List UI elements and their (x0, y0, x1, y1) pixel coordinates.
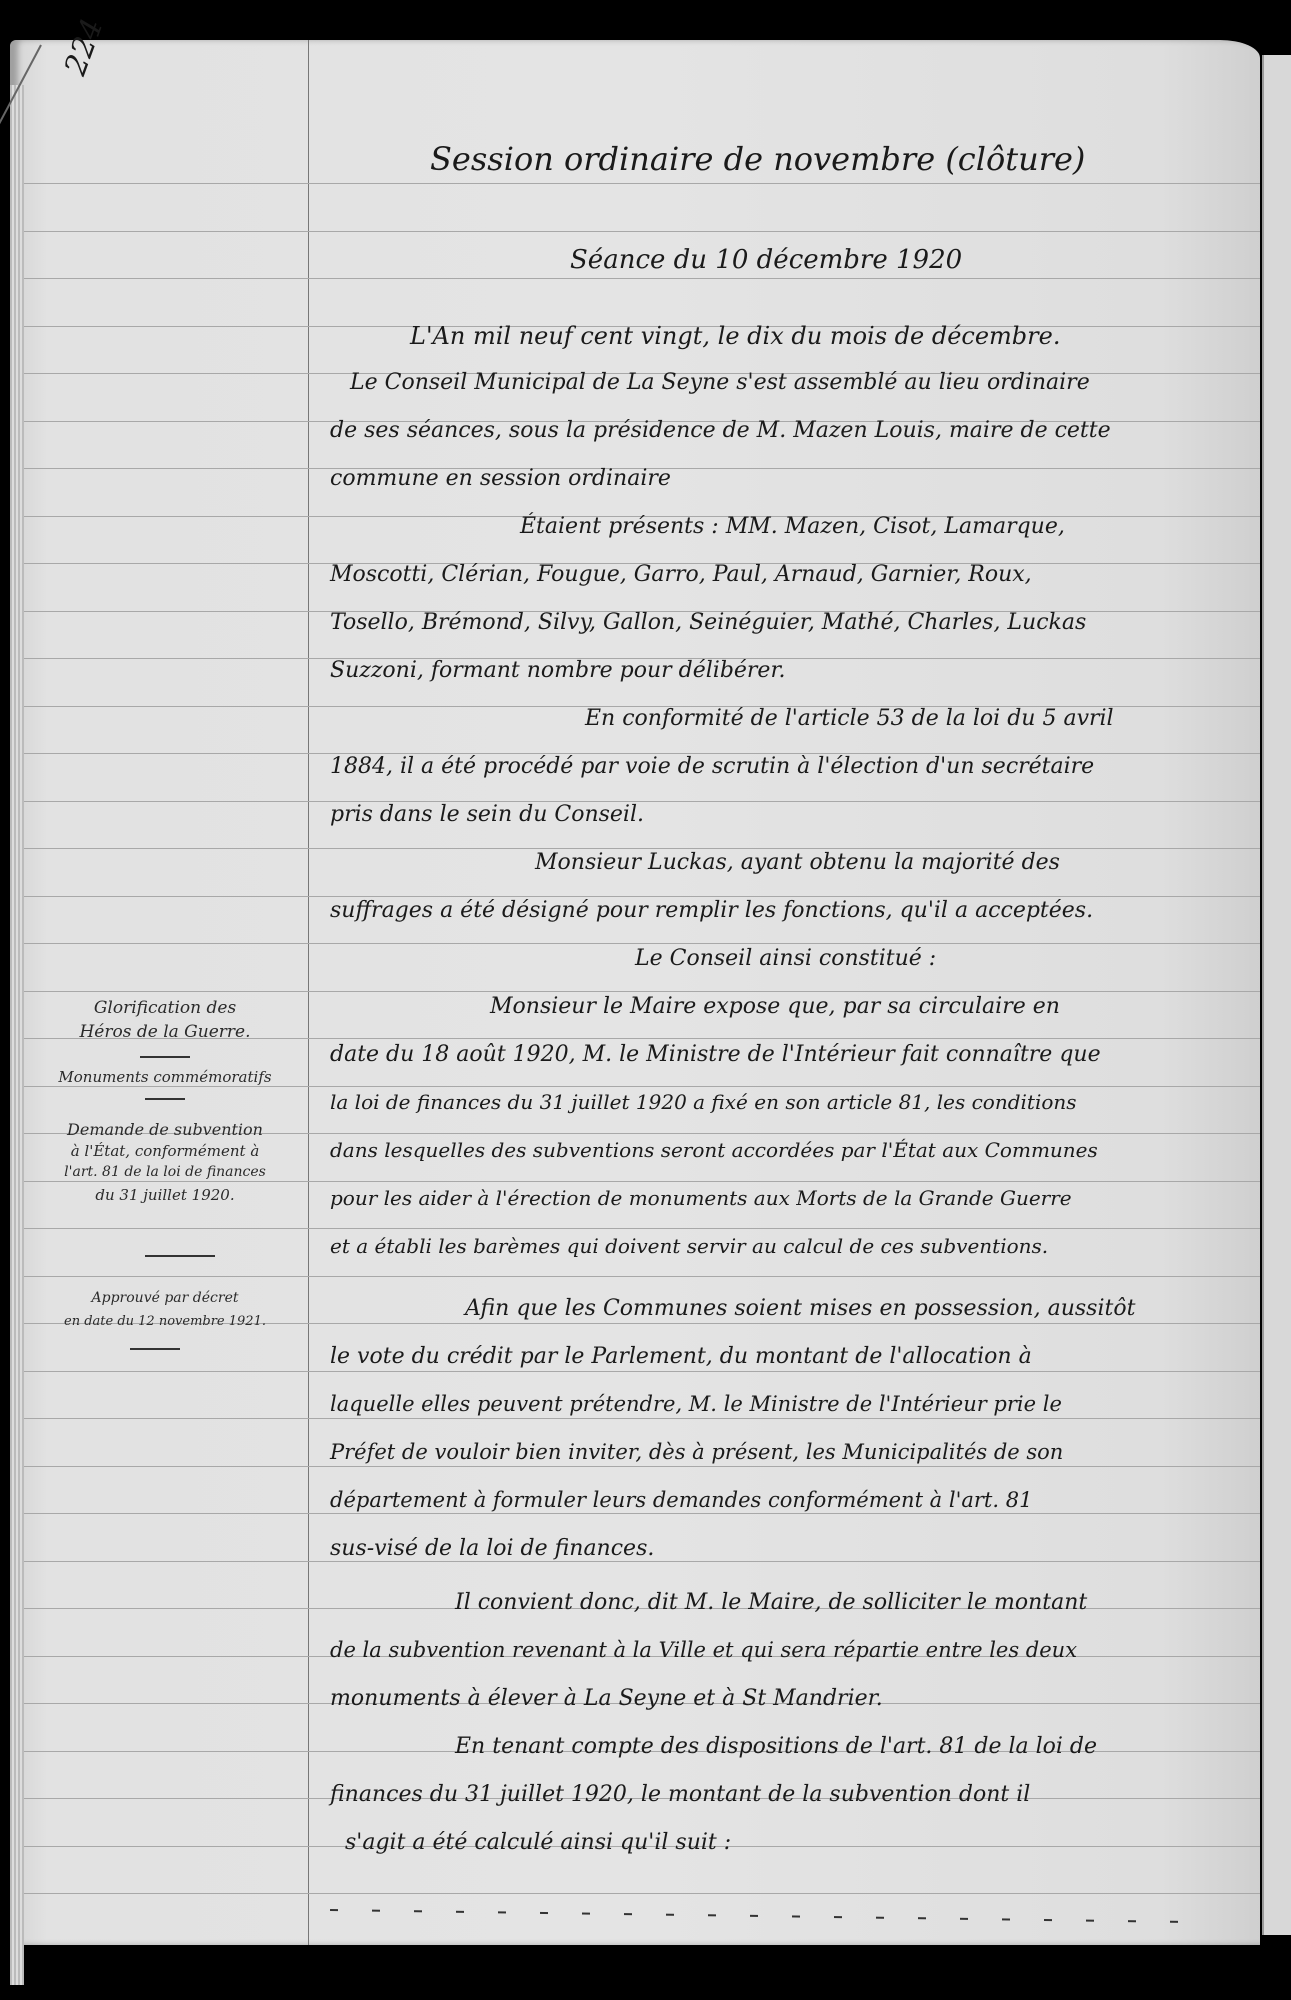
body-line: Monsieur le Maire expose que, par sa cir… (490, 994, 1060, 1019)
ruled-line (24, 1371, 1260, 1372)
body-line: Étaient présents : MM. Mazen, Cisot, Lam… (520, 514, 1065, 539)
margin-flourish (145, 1098, 185, 1100)
ruled-line (24, 1276, 1260, 1277)
body-line: et a établi les barèmes qui doivent serv… (330, 1234, 1048, 1258)
session-date: Séance du 10 décembre 1920 (570, 245, 962, 275)
ledger-page: 224 Session ordinaire de novembre (clôtu… (10, 40, 1260, 1945)
body-line: sus-visé de la loi de finances. (330, 1536, 654, 1561)
body-line: département à formuler leurs demandes co… (330, 1488, 1032, 1512)
margin-flourish (140, 1056, 190, 1058)
margin-note: Glorification des (30, 998, 300, 1018)
margin-note: en date du 12 novembre 1921. (30, 1314, 300, 1329)
body-line: la loi de finances du 31 juillet 1920 a … (330, 1090, 1077, 1114)
body-line: L'An mil neuf cent vingt, le dix du mois… (410, 322, 1060, 350)
body-line: Afin que les Communes soient mises en po… (465, 1296, 1135, 1321)
body-line: dans lesquelles des subventions seront a… (330, 1138, 1098, 1162)
body-line: Il convient donc, dit M. le Maire, de so… (455, 1590, 1087, 1615)
body-line: Suzzoni, formant nombre pour délibérer. (330, 658, 786, 683)
margin-note: Monuments commémoratifs (30, 1068, 300, 1086)
body-line: 1884, il a été procédé par voie de scrut… (330, 754, 1094, 779)
body-line: de ses séances, sous la présidence de M.… (330, 418, 1111, 443)
body-line: monuments à élever à La Seyne et à St Ma… (330, 1686, 883, 1711)
body-line: En conformité de l'article 53 de la loi … (585, 706, 1114, 731)
body-line: suffrages a été désigné pour remplir les… (330, 898, 1093, 923)
margin-note: Approuvé par décret (30, 1290, 300, 1306)
margin-note: du 31 juillet 1920. (30, 1186, 300, 1204)
ruled-line (24, 1513, 1260, 1514)
ruled-line (24, 1228, 1260, 1229)
body-line: laquelle elles peuvent prétendre, M. le … (330, 1392, 1062, 1416)
page-number: 224 (58, 14, 110, 80)
ruled-line (24, 1466, 1260, 1467)
body-line: finances du 31 juillet 1920, le montant … (330, 1782, 1030, 1807)
body-line: Monsieur Luckas, ayant obtenu la majorit… (535, 850, 1060, 875)
margin-note: Demande de subvention (30, 1120, 300, 1139)
margin-note: Héros de la Guerre. (30, 1022, 300, 1042)
margin-flourish (145, 1255, 215, 1257)
body-line: s'agit a été calculé ainsi qu'il suit : (345, 1830, 731, 1855)
dashed-separator (330, 1909, 1190, 1923)
body-line: Préfet de vouloir bien inviter, dès à pr… (330, 1440, 1063, 1464)
page-title: Session ordinaire de novembre (clôture) (430, 140, 1085, 178)
ruled-line (24, 848, 1260, 849)
ruled-line (24, 991, 1260, 992)
margin-flourish (130, 1348, 180, 1350)
ruled-line (24, 278, 1260, 279)
margin-note: l'art. 81 de la loi de finances (30, 1164, 300, 1180)
body-line: Le Conseil ainsi constitué : (635, 946, 936, 971)
body-line: Tosello, Brémond, Silvy, Gallon, Seinégu… (330, 610, 1086, 635)
body-line: En tenant compte des dispositions de l'a… (455, 1734, 1097, 1759)
page-stack-edge (10, 85, 24, 1985)
body-line: pris dans le sein du Conseil. (330, 802, 644, 827)
ruled-line (24, 1418, 1260, 1419)
body-line: date du 18 août 1920, M. le Ministre de … (330, 1042, 1101, 1067)
body-line: commune en session ordinaire (330, 466, 671, 491)
ruled-line (24, 943, 1260, 944)
body-line: le vote du crédit par le Parlement, du m… (330, 1344, 1032, 1369)
ruled-line (24, 1893, 1260, 1894)
ruled-line (24, 231, 1260, 232)
body-line: pour les aider à l'érection de monuments… (330, 1186, 1072, 1210)
adjacent-page-edge (1262, 55, 1291, 1935)
ruled-line (24, 896, 1260, 897)
margin-note: à l'État, conformément à (30, 1142, 300, 1160)
ruled-line (24, 183, 1260, 184)
body-line: Le Conseil Municipal de La Seyne s'est a… (350, 370, 1090, 395)
body-line: de la subvention revenant à la Ville et … (330, 1638, 1077, 1662)
ruled-line (24, 1181, 1260, 1182)
body-line: Moscotti, Clérian, Fougue, Garro, Paul, … (330, 562, 1032, 587)
